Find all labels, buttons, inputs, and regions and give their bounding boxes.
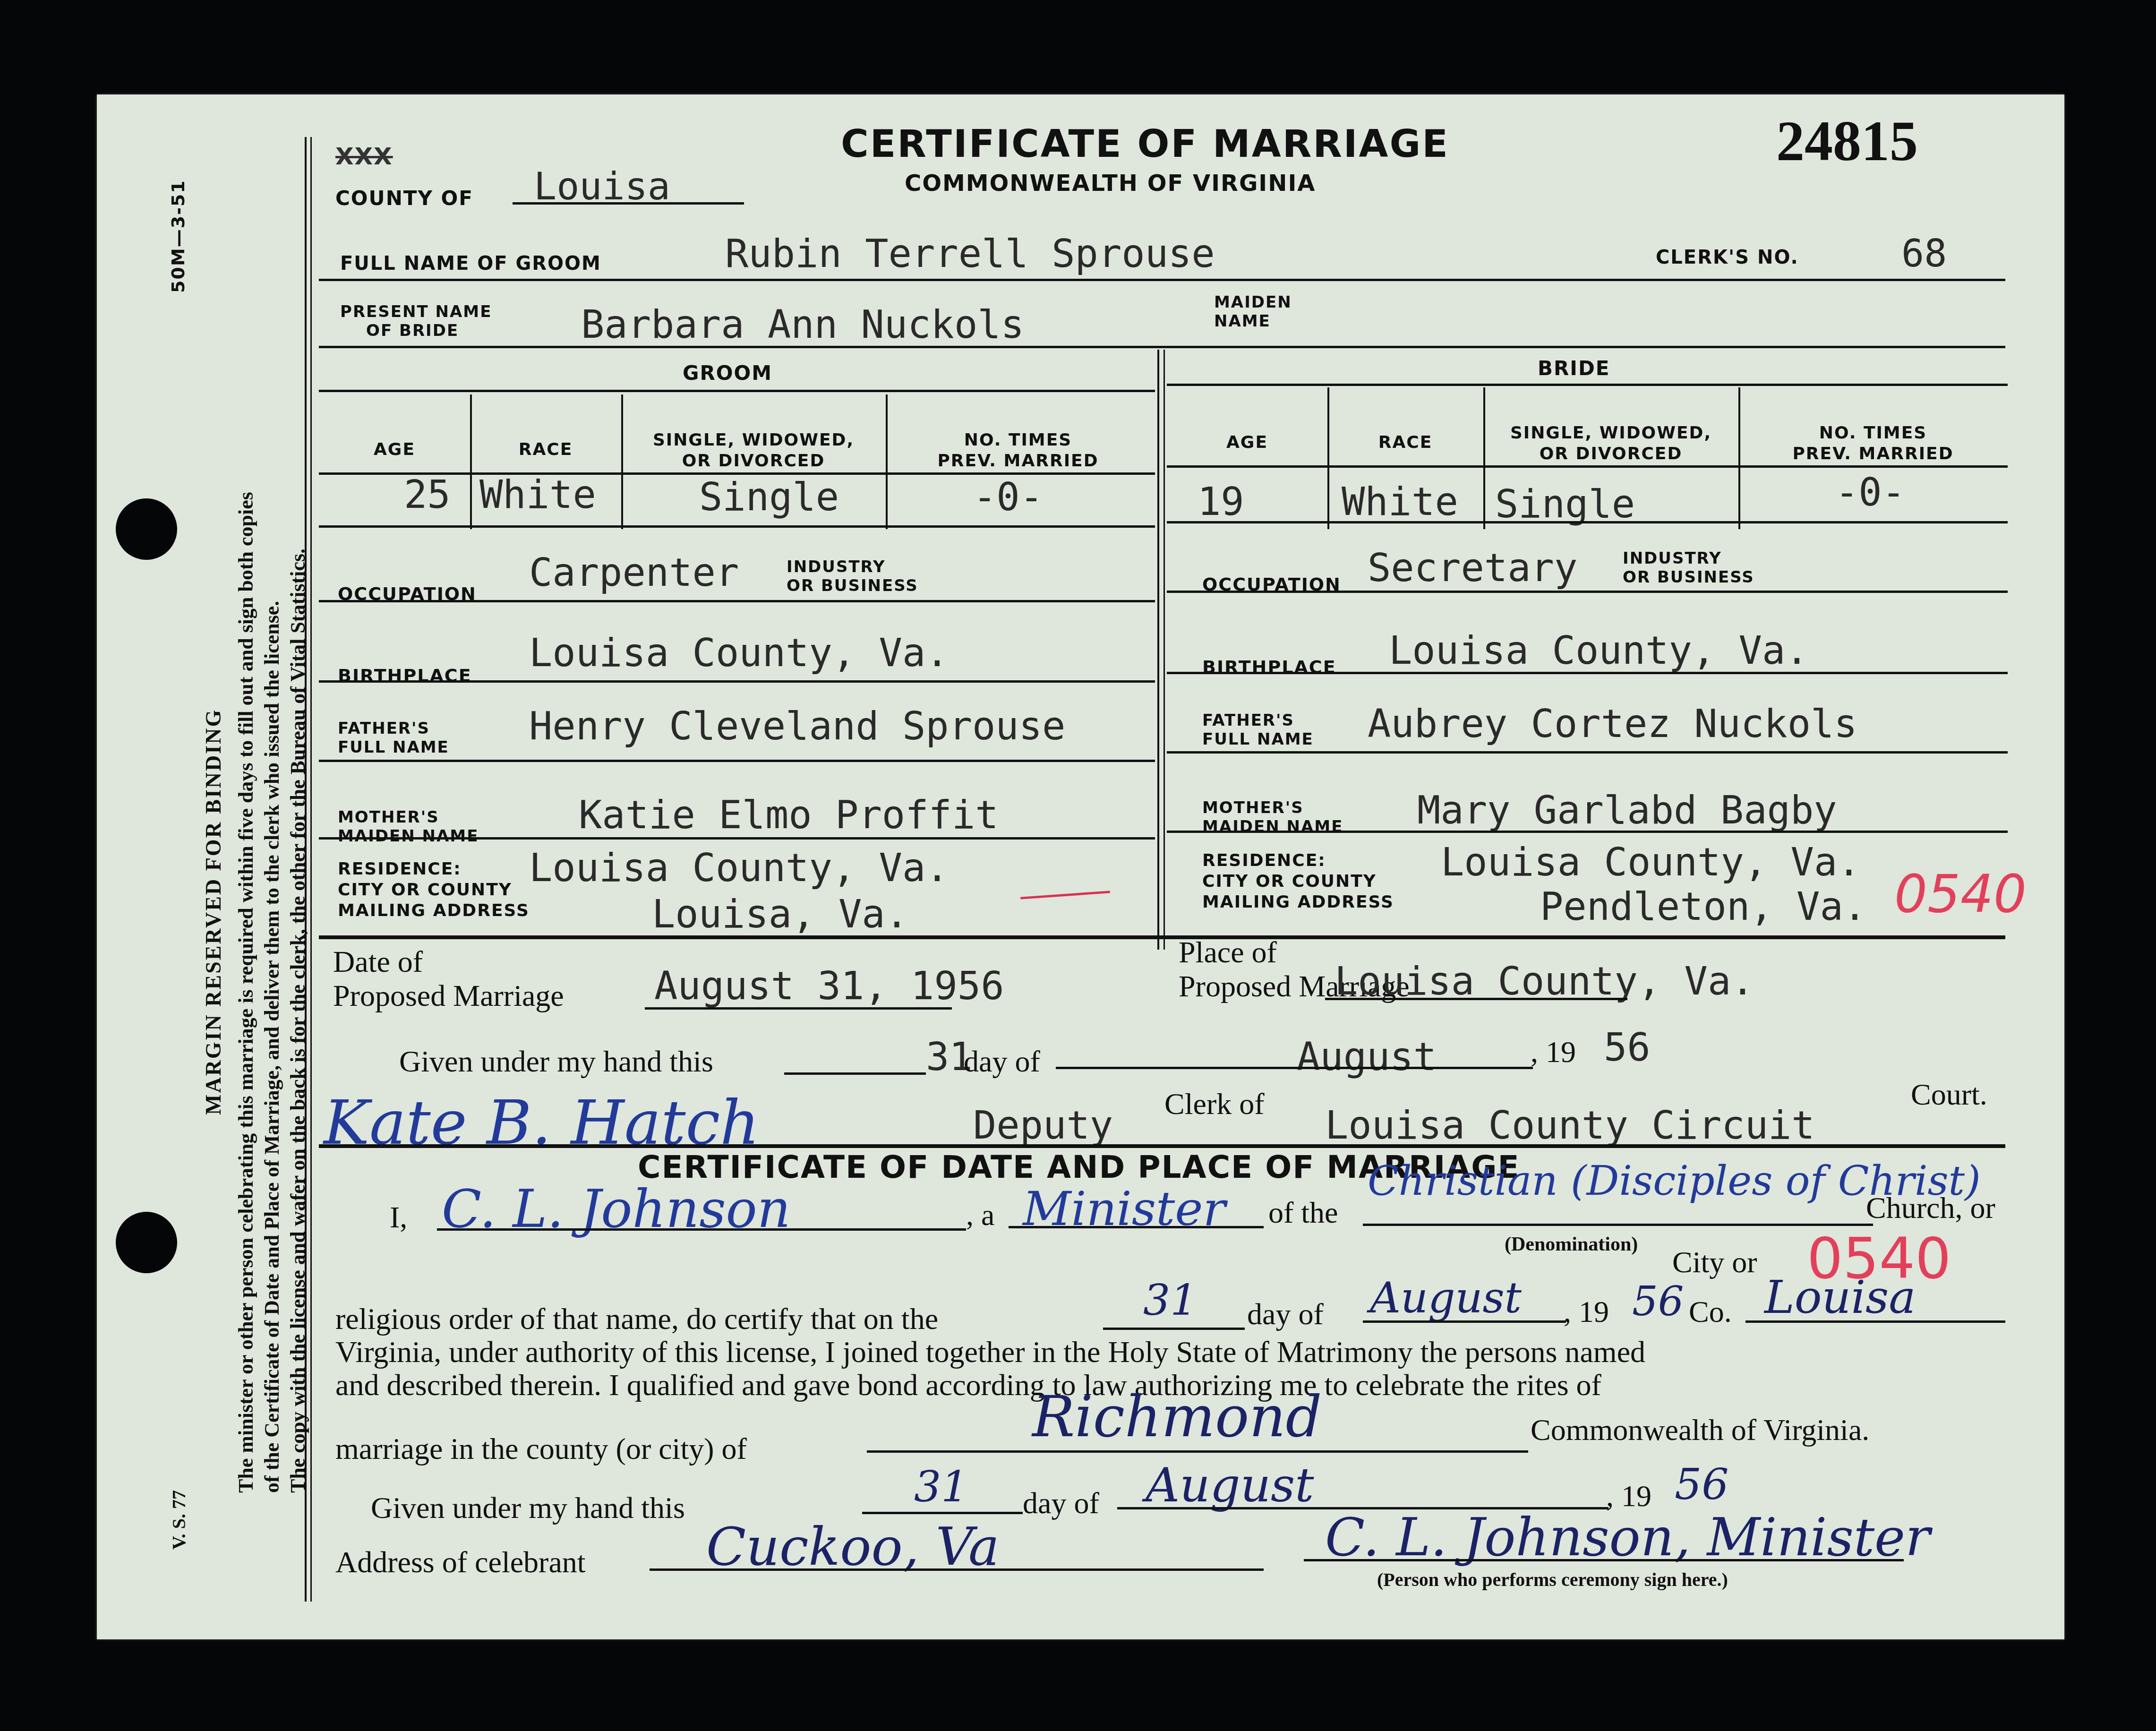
co-label: Co. xyxy=(1689,1294,1732,1329)
label-line: INDUSTRY xyxy=(787,557,918,576)
ceremony-line-2: Virginia, under authority of this licens… xyxy=(335,1335,1645,1370)
groom-father-label: FATHER'S FULL NAME xyxy=(338,719,449,757)
groom-residence-label: RESIDENCE: CITY OR COUNTY MAILING ADDRES… xyxy=(338,859,530,921)
groom-race[interactable]: White xyxy=(479,472,596,517)
label-line: CITY OR COUNTY xyxy=(338,880,530,900)
ceremony-line-1: religious order of that name, do certify… xyxy=(335,1302,938,1337)
bride-father-label: FATHER'S FULL NAME xyxy=(1202,711,1314,749)
form-id: V. S. 77 xyxy=(168,1490,190,1550)
rule xyxy=(1167,465,2008,468)
rule xyxy=(319,525,1155,528)
bride-residence[interactable]: Louisa County, Va. xyxy=(1441,840,1861,885)
label-line: MAIDEN NAME xyxy=(338,827,479,846)
rule xyxy=(645,1007,952,1010)
of-the-label: of the xyxy=(1268,1195,1338,1230)
groom-birthplace-label: BIRTHPLACE xyxy=(338,665,472,686)
label-line: NO. TIMES xyxy=(886,430,1150,451)
ceremony-given-month: August xyxy=(1146,1457,1314,1513)
label-line: FATHER'S xyxy=(1202,711,1314,730)
rule xyxy=(319,390,1155,392)
instruction-line-1: The minister or other person celebrating… xyxy=(234,492,258,1493)
rule xyxy=(862,1512,1023,1514)
center-divider xyxy=(1164,350,1165,950)
punch-hole-top xyxy=(116,498,177,560)
rule xyxy=(1056,1067,1533,1069)
label-line: NO. TIMES xyxy=(1738,423,2008,444)
groom-times-married[interactable]: -0- xyxy=(973,475,1043,520)
bride-name-label: PRESENT NAME OF BRIDE xyxy=(340,302,492,340)
groom-mother[interactable]: Katie Elmo Proffit xyxy=(579,793,999,838)
label-line: FULL NAME xyxy=(1202,730,1314,749)
margin-note: MARGIN RESERVED FOR BINDING xyxy=(201,709,226,1115)
bride-heading: BRIDE xyxy=(1538,357,1610,380)
label-line: MOTHER'S xyxy=(1202,798,1343,817)
label-line: FATHER'S xyxy=(338,719,449,738)
rule xyxy=(1167,521,2008,523)
rule xyxy=(1009,1226,1264,1228)
i-label: I, xyxy=(390,1200,407,1235)
bride-race-header: RACE xyxy=(1327,432,1483,453)
license-month[interactable]: August xyxy=(1297,1035,1437,1080)
bride-birthplace-label: BIRTHPLACE xyxy=(1202,657,1336,677)
bride-status[interactable]: Single xyxy=(1495,482,1635,527)
label-line: MAILING ADDRESS xyxy=(1202,892,1394,913)
ceremony-given-year: 56 xyxy=(1675,1460,1729,1509)
label-line: Date of xyxy=(333,945,564,979)
groom-industry-label: INDUSTRY OR BUSINESS xyxy=(787,557,918,595)
rule xyxy=(319,279,2005,281)
label-line: CITY OR COUNTY xyxy=(1202,871,1394,892)
col-divider xyxy=(470,394,472,529)
groom-occupation[interactable]: Carpenter xyxy=(529,550,739,595)
red-mark xyxy=(1020,891,1110,899)
rule xyxy=(1167,384,2008,386)
celebrant-address-label: Address of celebrant xyxy=(335,1545,586,1580)
bride-mailing-address[interactable]: Pendleton, Va. xyxy=(1540,884,1866,929)
year-prefix: , 19 xyxy=(1531,1035,1576,1070)
label-line: MAIDEN NAME xyxy=(1202,817,1343,836)
label-line: MAILING ADDRESS xyxy=(338,900,530,921)
groom-age-header: AGE xyxy=(319,439,470,460)
ceremony-county: Louisa xyxy=(1764,1271,1916,1324)
form-code: 50M—3-51 xyxy=(168,180,188,293)
page-subtitle: COMMONWEALTH OF VIRGINIA xyxy=(905,170,1316,197)
bride-times-married[interactable]: -0- xyxy=(1835,470,1905,515)
bride-name-value[interactable]: Barbara Ann Nuckols xyxy=(581,302,1024,347)
label-line: PRESENT NAME xyxy=(340,302,492,321)
rule xyxy=(1167,831,2008,833)
proposed-date-value[interactable]: August 31, 1956 xyxy=(654,964,1004,1009)
groom-times-header: NO. TIMES PREV. MARRIED xyxy=(886,430,1150,471)
rule xyxy=(437,1228,966,1231)
ceremony-day-of: day of xyxy=(1247,1297,1324,1332)
ceremony-month: August xyxy=(1370,1273,1522,1323)
label-line: MOTHER'S xyxy=(338,808,479,827)
groom-mailing-address[interactable]: Louisa, Va. xyxy=(652,892,908,937)
rule xyxy=(319,600,1155,602)
label-line: OF BRIDE xyxy=(340,321,492,340)
ceremony-year-prefix: , 19 xyxy=(1564,1294,1609,1329)
rule xyxy=(319,935,2005,939)
clerk-no-label: CLERK'S NO. xyxy=(1656,247,1799,268)
proposed-place-value[interactable]: Louisa County, Va. xyxy=(1335,959,1754,1004)
rule xyxy=(1745,1320,2005,1323)
label-line: MAIDEN xyxy=(1214,293,1292,312)
city-or-label: City or xyxy=(1672,1245,1757,1280)
clerk-no-value[interactable]: 68 xyxy=(1901,231,1947,275)
bride-industry-label: INDUSTRY OR BUSINESS xyxy=(1623,549,1754,587)
groom-name-label: FULL NAME OF GROOM xyxy=(340,253,601,274)
ceremony-year: 56 xyxy=(1632,1278,1684,1325)
border-line xyxy=(305,137,307,1602)
rule xyxy=(319,1144,2005,1148)
bride-birthplace[interactable]: Louisa County, Va. xyxy=(1389,628,1809,673)
court-name[interactable]: Louisa County Circuit xyxy=(1325,1103,1815,1148)
rule xyxy=(1167,591,2008,593)
groom-father[interactable]: Henry Cleveland Sprouse xyxy=(529,704,1065,749)
clerk-of-label: Clerk of xyxy=(1164,1087,1265,1122)
ceremony-day: 31 xyxy=(1143,1276,1198,1325)
center-divider xyxy=(1157,350,1159,950)
groom-name-value[interactable]: Rubin Terrell Sprouse xyxy=(725,231,1215,276)
bride-status-header: SINGLE, WIDOWED, OR DIVORCED xyxy=(1483,423,1738,464)
rule xyxy=(319,680,1155,683)
bride-age-header: AGE xyxy=(1167,432,1327,453)
rule xyxy=(319,346,2005,348)
ceremony-given-day-of: day of xyxy=(1023,1486,1099,1521)
ceremony-line-3: and described therein. I qualified and g… xyxy=(335,1368,1601,1403)
rule xyxy=(784,1072,926,1075)
label-line: FULL NAME xyxy=(338,738,449,757)
county-label: COUNTY OF xyxy=(335,187,473,210)
bride-father[interactable]: Aubrey Cortez Nuckols xyxy=(1368,702,1857,746)
rule xyxy=(1363,1224,1873,1226)
commonwealth-label: Commonwealth of Virginia. xyxy=(1531,1413,1869,1448)
bride-times-header: NO. TIMES PREV. MARRIED xyxy=(1738,423,2008,464)
rule xyxy=(1167,672,2008,674)
rule xyxy=(319,837,1155,840)
col-divider xyxy=(1327,387,1329,529)
groom-birthplace[interactable]: Louisa County, Va. xyxy=(529,631,949,676)
rule xyxy=(1325,998,1627,1000)
certificate-number: 24815 xyxy=(1776,109,1918,174)
groom-residence[interactable]: Louisa County, Va. xyxy=(529,846,949,891)
signature-instruction: (Person who performs ceremony sign here.… xyxy=(1377,1568,1728,1591)
label-line: PREV. MARRIED xyxy=(886,451,1150,471)
maiden-name-label: MAIDEN NAME xyxy=(1214,293,1292,331)
punch-hole-bottom xyxy=(116,1212,177,1273)
border-line xyxy=(310,137,312,1602)
license-year[interactable]: 56 xyxy=(1604,1025,1651,1070)
bride-mother[interactable]: Mary Garlabd Bagby xyxy=(1417,788,1837,833)
celebrant-signature: C. L. Johnson, Minister xyxy=(1325,1507,1930,1568)
groom-age[interactable]: 25 xyxy=(404,472,451,517)
marriage-certificate: 50M—3-51 V. S. 77 MARGIN RESERVED FOR BI… xyxy=(97,94,2064,1639)
groom-mother-label: MOTHER'S MAIDEN NAME xyxy=(338,808,479,846)
label-line: OR BUSINESS xyxy=(787,576,918,595)
rule xyxy=(319,760,1155,762)
label-line: SINGLE, WIDOWED, xyxy=(621,430,886,451)
instruction-line-2: of the Certificate of Date and Place of … xyxy=(260,601,284,1493)
city-struck: XXX xyxy=(335,143,393,170)
rule xyxy=(513,202,744,205)
bond-county: Richmond xyxy=(1032,1384,1322,1450)
groom-heading: GROOM xyxy=(683,361,772,385)
label-line: OR DIVORCED xyxy=(621,451,886,471)
label-line: INDUSTRY xyxy=(1623,549,1754,568)
groom-status-header: SINGLE, WIDOWED, OR DIVORCED xyxy=(621,430,886,471)
label-line: NAME xyxy=(1214,312,1292,331)
ceremony-given-label: Given under my hand this xyxy=(371,1491,685,1525)
red-file-code: 0540 xyxy=(1894,864,2027,924)
label-line: PREV. MARRIED xyxy=(1738,444,2008,464)
rule xyxy=(1304,1559,1904,1561)
groom-status[interactable]: Single xyxy=(699,475,839,520)
ceremony-line-4: marriage in the county (or city) of xyxy=(335,1431,747,1466)
label-line: SINGLE, WIDOWED, xyxy=(1483,423,1738,444)
given-under-hand-label: Given under my hand this xyxy=(399,1044,713,1079)
celebrant-address: Cuckoo, Va xyxy=(706,1517,1000,1577)
bride-residence-label: RESIDENCE: CITY OR COUNTY MAILING ADDRES… xyxy=(1202,850,1394,913)
deputy-title: Deputy xyxy=(973,1103,1113,1148)
page-title: CERTIFICATE OF MARRIAGE xyxy=(841,122,1449,166)
label-line: OR BUSINESS xyxy=(1623,568,1754,587)
groom-race-header: RACE xyxy=(470,439,621,460)
rule xyxy=(1363,1320,1566,1323)
label-line: RESIDENCE: xyxy=(1202,850,1394,871)
bride-race[interactable]: White xyxy=(1342,480,1458,524)
label-line: RESIDENCE: xyxy=(338,859,530,880)
proposed-date-label: Date of Proposed Marriage xyxy=(333,945,564,1013)
bride-occupation[interactable]: Secretary xyxy=(1368,546,1577,591)
day-of-label: day of xyxy=(964,1044,1040,1079)
bride-age[interactable]: 19 xyxy=(1198,480,1244,524)
rule xyxy=(1167,751,2008,754)
ceremony-given-day: 31 xyxy=(914,1462,968,1512)
rule xyxy=(867,1450,1528,1453)
label-line: OR DIVORCED xyxy=(1483,444,1738,464)
rule xyxy=(650,1568,1264,1571)
rule xyxy=(1103,1328,1245,1330)
court-label: Court. xyxy=(1911,1077,1987,1112)
denomination-label: (Denomination) xyxy=(1505,1233,1638,1256)
a-label: , a xyxy=(966,1198,994,1233)
church-or-label: Church, or xyxy=(1866,1191,1995,1225)
label-line: Proposed Marriage xyxy=(333,979,564,1013)
